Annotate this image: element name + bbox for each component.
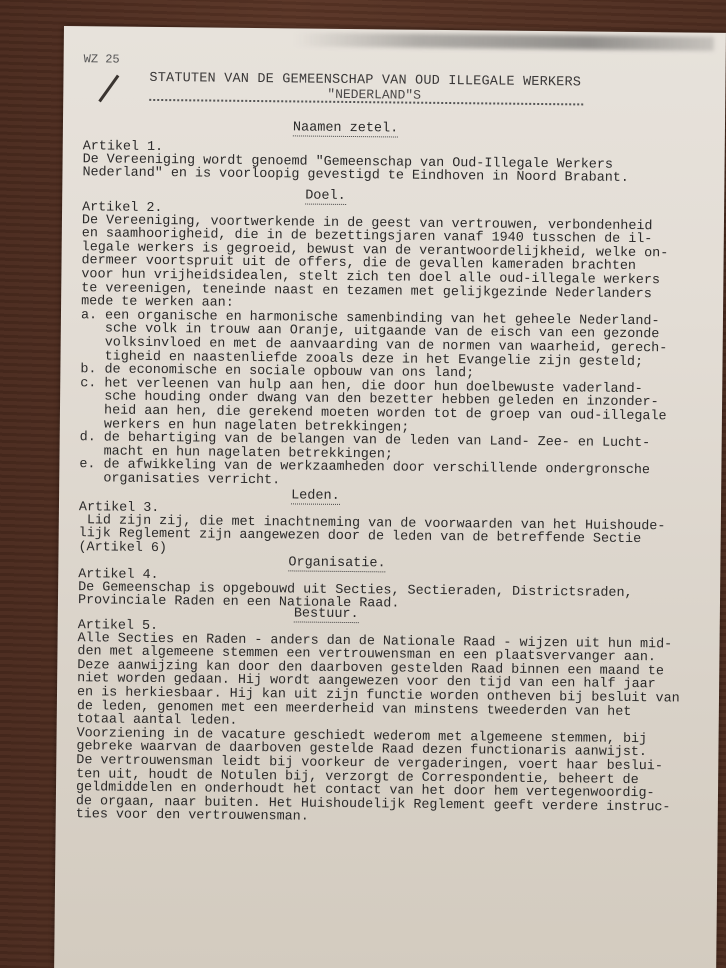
pen-stroke [98,75,119,103]
section-heading: Doel. [305,189,346,204]
section-heading: Naamen zetel. [293,120,398,136]
ink-smudge [294,32,714,50]
text-line: Nederland" en is voorloopig gevestigd te… [82,166,629,186]
typewritten-page: WZ 25 STATUTEN VAN DE GEMEENSCHAP VAN OU… [54,26,726,968]
text-line: organisaties verricht. [79,472,280,488]
text-line: ties voor den vertrouwensman. [76,808,309,824]
section-heading: Leden. [291,488,340,504]
reference-mark: WZ 25 [84,52,120,66]
text-line: (Artikel 6) [78,541,167,556]
section-heading: Organisatie. [288,555,385,571]
section-heading: Bestuur. [294,606,359,622]
